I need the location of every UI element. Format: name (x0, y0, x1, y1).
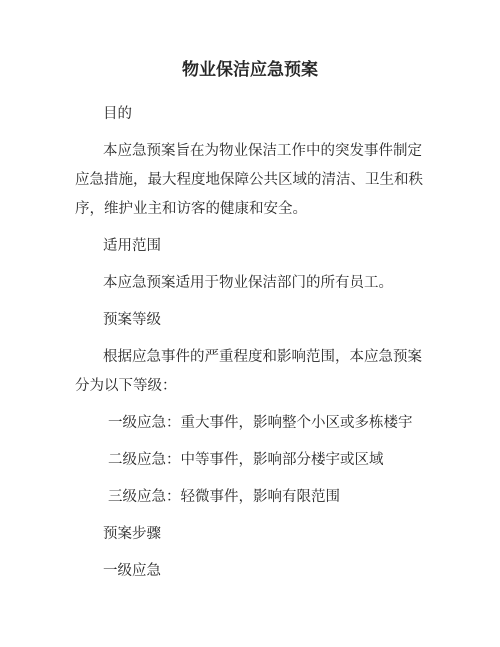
heading-purpose: 目的 (75, 100, 425, 129)
document-content: 物业保洁应急预案 目的 本应急预案旨在为物业保洁工作中的突发事件制定应急措施，最… (0, 0, 500, 647)
heading-level1: 一级应急 (75, 557, 425, 586)
document-page: 物业保洁应急预案 目的 本应急预案旨在为物业保洁工作中的突发事件制定应急措施，最… (0, 0, 500, 647)
level-item-3: 三级应急：轻微事件，影响有限范围 (75, 483, 425, 512)
heading-levels: 预案等级 (75, 306, 425, 335)
heading-steps: 预案步骤 (75, 520, 425, 549)
heading-scope: 适用范围 (75, 232, 425, 261)
level-item-2: 二级应急：中等事件，影响部分楼宇或区域 (75, 446, 425, 475)
level-item-1: 一级应急：重大事件，影响整个小区或多栋楼宇 (75, 409, 425, 438)
paragraph-purpose: 本应急预案旨在为物业保洁工作中的突发事件制定应急措施，最大程度地保障公共区域的清… (75, 137, 425, 224)
document-title: 物业保洁应急预案 (75, 56, 425, 85)
paragraph-levels: 根据应急事件的严重程度和影响范围，本应急预案分为以下等级： (75, 343, 425, 401)
paragraph-scope: 本应急预案适用于物业保洁部门的所有员工。 (75, 269, 425, 298)
